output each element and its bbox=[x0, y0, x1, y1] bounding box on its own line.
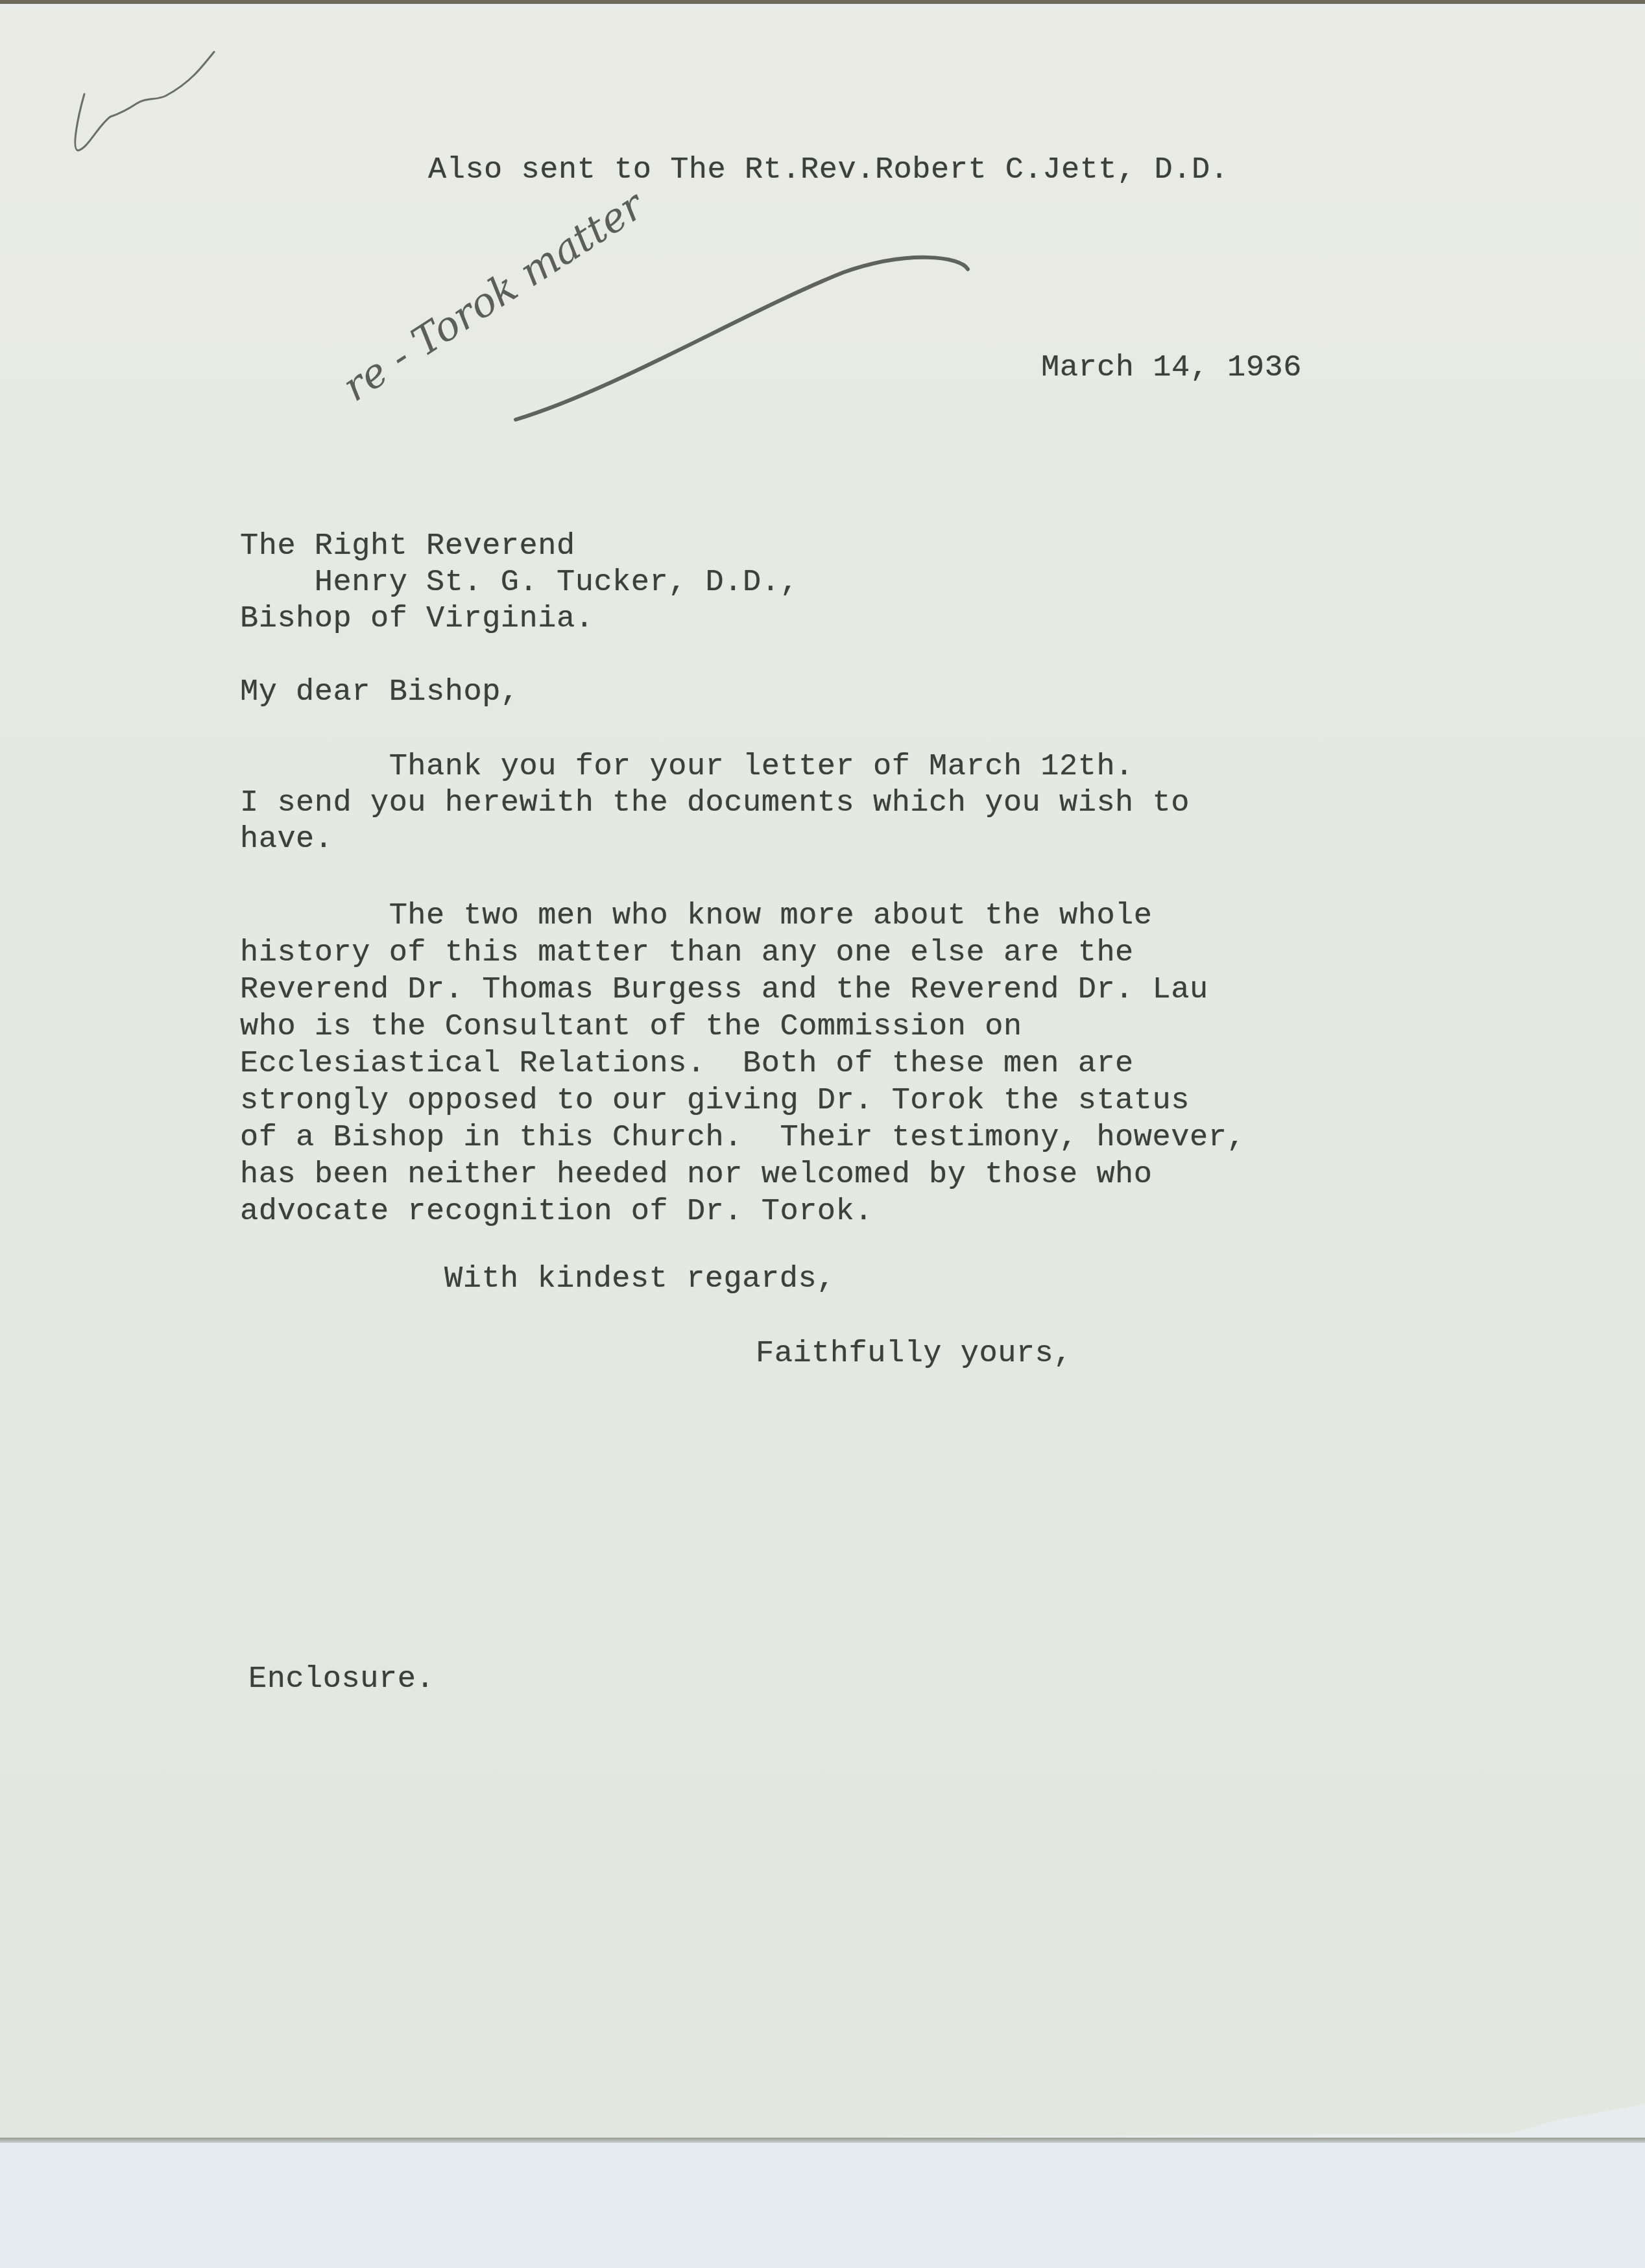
body-line: Reverend Dr. Thomas Burgess and the Reve… bbox=[240, 972, 1208, 1009]
pencil-stroke-icon bbox=[0, 0, 1645, 454]
body-line: strongly opposed to our giving Dr. Torok… bbox=[240, 1083, 1190, 1119]
body-line: Ecclesiastical Relations. Both of these … bbox=[240, 1046, 1134, 1082]
cc-line: Also sent to The Rt.Rev.Robert C.Jett, D… bbox=[428, 152, 1229, 189]
body-line: has been neither heeded nor welcomed by … bbox=[240, 1157, 1153, 1193]
letter-date: March 14, 1936 bbox=[1041, 350, 1302, 387]
closing: With kindest regards, bbox=[444, 1261, 835, 1298]
recipient-line: The Right Reverend bbox=[240, 529, 575, 565]
salutation: My dear Bishop, bbox=[240, 674, 520, 711]
body-line: I send you herewith the documents which … bbox=[240, 785, 1190, 822]
body-line: Thank you for your letter of March 12th. bbox=[240, 749, 1134, 785]
enclosure-note: Enclosure. bbox=[248, 1662, 435, 1698]
signoff: Faithfully yours, bbox=[756, 1336, 1072, 1372]
body-line: history of this matter than any one else… bbox=[240, 935, 1134, 972]
scanner-background bbox=[0, 2143, 1645, 2268]
recipient-line: Bishop of Virginia. bbox=[240, 601, 594, 638]
body-line: The two men who know more about the whol… bbox=[240, 898, 1153, 935]
body-line: of a Bishop in this Church. Their testim… bbox=[240, 1120, 1245, 1156]
body-line: who is the Consultant of the Commission … bbox=[240, 1009, 1022, 1045]
body-line: have. bbox=[240, 822, 333, 858]
scan-bottom-edge bbox=[0, 2138, 1645, 2143]
body-line: advocate recognition of Dr. Torok. bbox=[240, 1194, 873, 1230]
recipient-line: Henry St. G. Tucker, D.D., bbox=[240, 565, 798, 601]
